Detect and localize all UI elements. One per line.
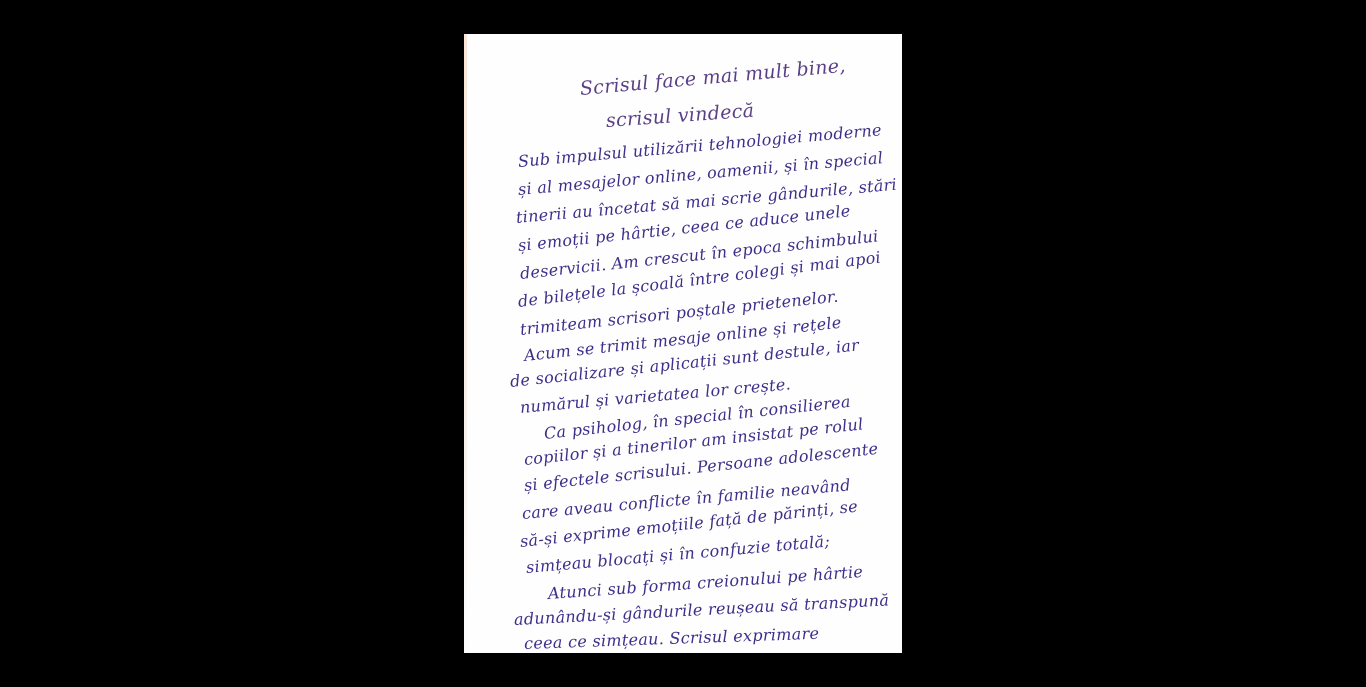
handwritten-page: Scrisul face mai mult bine, scrisul vind… — [464, 34, 902, 653]
title-line-1: Scrisul face mai mult bine, — [579, 55, 846, 100]
title-line-2: scrisul vindecă — [605, 100, 755, 132]
image-viewer: Scrisul face mai mult bine, scrisul vind… — [0, 0, 1366, 687]
body-line-19: ceea ce simțeau. Scrisul exprimare — [524, 624, 820, 653]
